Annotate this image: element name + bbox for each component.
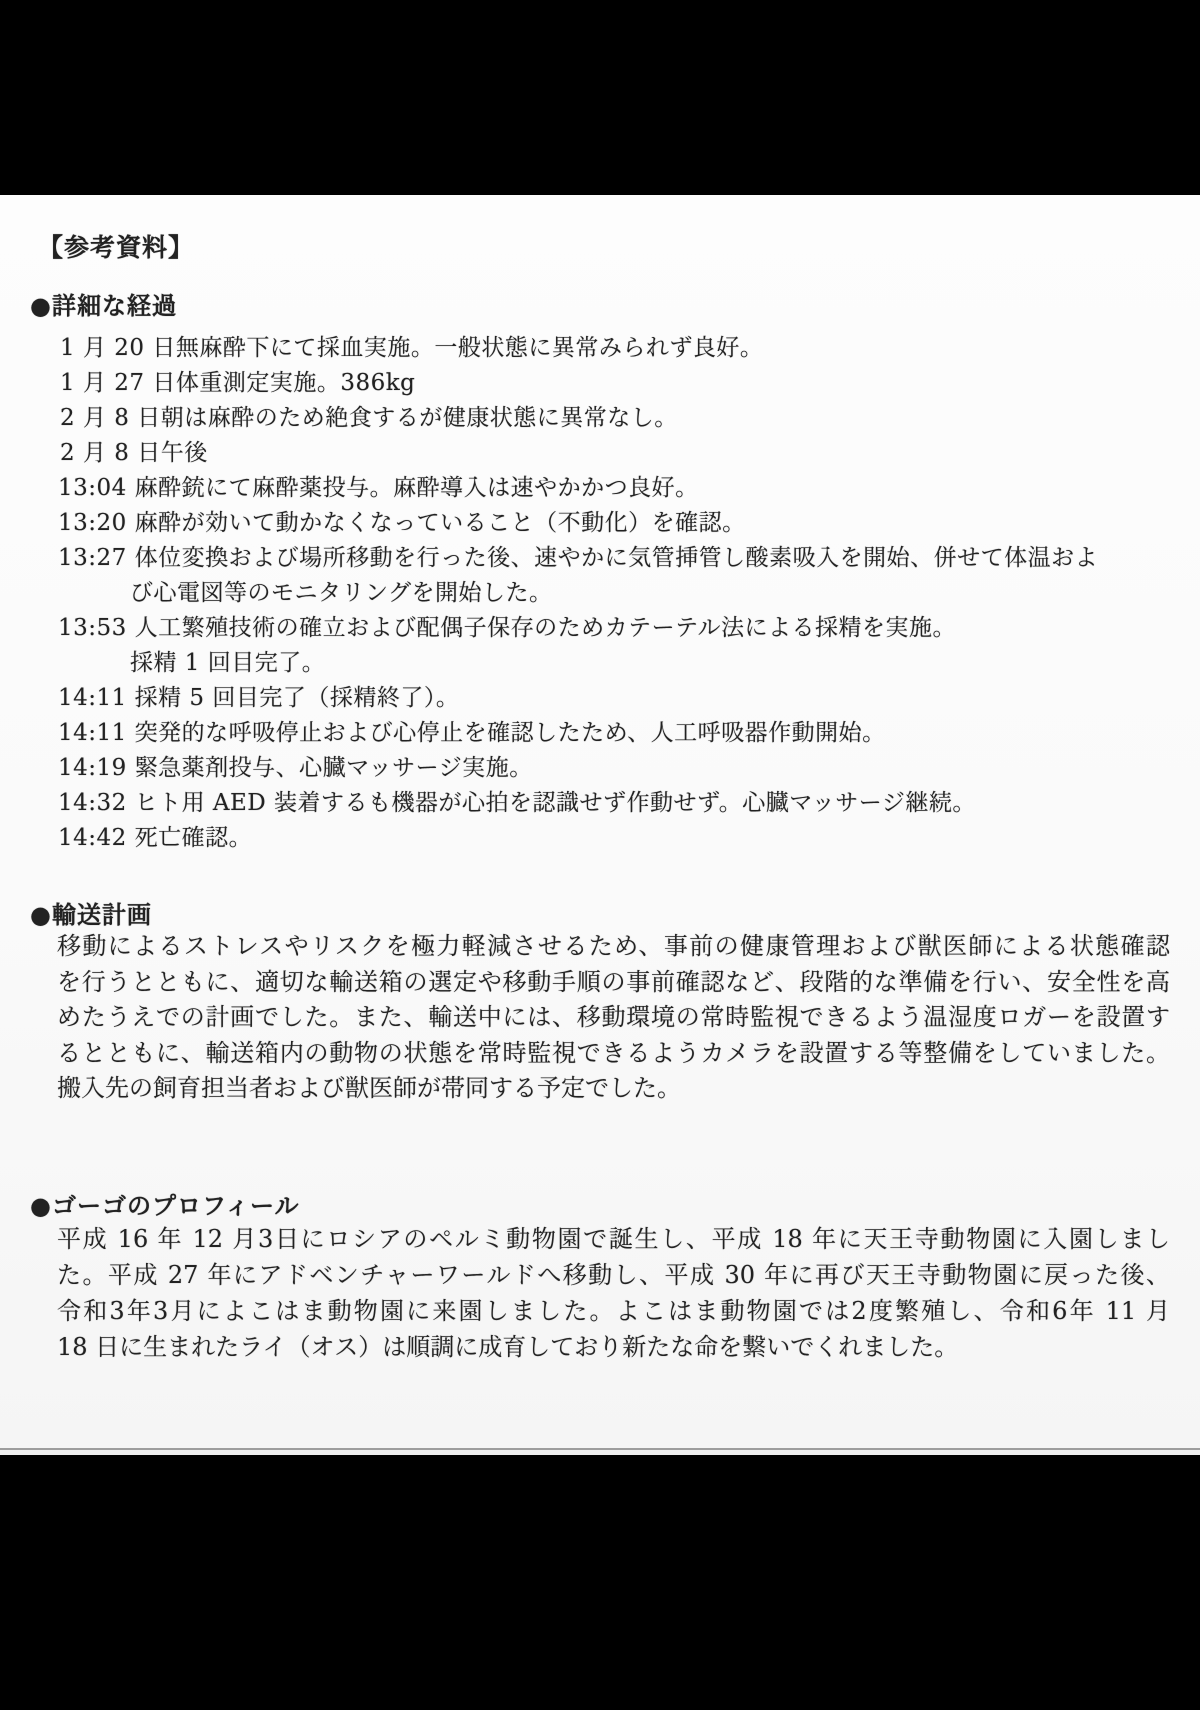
timeline-row: 14:19 緊急薬剤投与、心臓マッサージ実施。 xyxy=(58,751,1200,786)
timeline-row: 2 月 8 日午後 xyxy=(60,436,1200,471)
paragraph-line: を行うとともに、適切な輸送箱の選定や移動手順の事前確認など、段階的な準備を行い、… xyxy=(57,965,1170,1001)
section-heading-detailed-progress: ●詳細な経過 xyxy=(30,286,177,321)
timeline-row-continuation: 採精 1 回目完了。 xyxy=(130,646,1200,681)
paragraph-line: 搬入先の飼育担当者および獣医師が帯同する予定でした。 xyxy=(57,1071,1170,1107)
paragraph-line: た。平成 27 年にアドベンチャーワールドへ移動し、平成 30 年に再び天王寺動… xyxy=(57,1257,1170,1293)
gogo-profile-paragraph: 平成 16 年 12 月3日にロシアのペルミ動物園で誕生し、平成 18 年に天王… xyxy=(57,1221,1170,1365)
paragraph-line: めたうえでの計画でした。また、輸送中には、移動環境の常時監視できるよう温湿度ロガ… xyxy=(57,1000,1170,1036)
letterbox-top xyxy=(0,0,1200,195)
timeline-row: 1 月 27 日体重測定実施。386kg xyxy=(60,366,1200,401)
section-heading-transport-plan: ●輸送計画 xyxy=(30,895,152,930)
timeline-row: 13:27 体位変換および場所移動を行った後、速やかに気管挿管し酸素吸入を開始、… xyxy=(58,541,1200,576)
paragraph-line: 平成 16 年 12 月3日にロシアのペルミ動物園で誕生し、平成 18 年に天王… xyxy=(57,1221,1170,1257)
document-page: 【参考資料】 ●詳細な経過 1 月 20 日無麻酔下にて採血実施。一般状態に異常… xyxy=(0,195,1200,1450)
document-title: 【参考資料】 xyxy=(38,228,194,264)
timeline-section: 1 月 20 日無麻酔下にて採血実施。一般状態に異常みられず良好。 1 月 27… xyxy=(0,331,1200,856)
timeline-row: 14:32 ヒト用 AED 装着するも機器が心拍を認識せず作動せず。心臓マッサー… xyxy=(58,786,1200,821)
letterbox-bottom xyxy=(0,1455,1200,1710)
timeline-row: 14:11 採精 5 回目完了（採精終了）。 xyxy=(58,681,1200,716)
section-heading-gogo-profile: ●ゴーゴのプロフィール xyxy=(30,1186,300,1221)
timeline-row: 1 月 20 日無麻酔下にて採血実施。一般状態に異常みられず良好。 xyxy=(60,331,1200,366)
timeline-row: 14:11 突発的な呼吸停止および心停止を確認したため、人工呼吸器作動開始。 xyxy=(58,716,1200,751)
timeline-row: 13:04 麻酔銃にて麻酔薬投与。麻酔導入は速やかかつ良好。 xyxy=(58,471,1200,506)
paragraph-line: るとともに、輸送箱内の動物の状態を常時監視できるようカメラを設置する等整備をして… xyxy=(57,1036,1170,1072)
timeline-row: 14:42 死亡確認。 xyxy=(58,821,1200,856)
timeline-row: 13:53 人工繁殖技術の確立および配偶子保存のためカテーテル法による採精を実施… xyxy=(58,611,1200,646)
transport-plan-paragraph: 移動によるストレスやリスクを極力軽減させるため、事前の健康管理および獣医師による… xyxy=(57,929,1170,1107)
timeline-row: 13:20 麻酔が効いて動かなくなっていること（不動化）を確認。 xyxy=(58,506,1200,541)
paragraph-line: 令和3年3月によこはま動物園に来園しました。よこはま動物園では2度繁殖し、令和6… xyxy=(57,1293,1170,1329)
timeline-row: 2 月 8 日朝は麻酔のため絶食するが健康状態に異常なし。 xyxy=(60,401,1200,436)
timeline-row-continuation: び心電図等のモニタリングを開始した。 xyxy=(130,576,1200,611)
paragraph-line: 移動によるストレスやリスクを極力軽減させるため、事前の健康管理および獣医師による… xyxy=(57,929,1170,965)
paragraph-line: 18 日に生まれたライ（オス）は順調に成育しており新たな命を繋いでくれました。 xyxy=(57,1329,1170,1365)
